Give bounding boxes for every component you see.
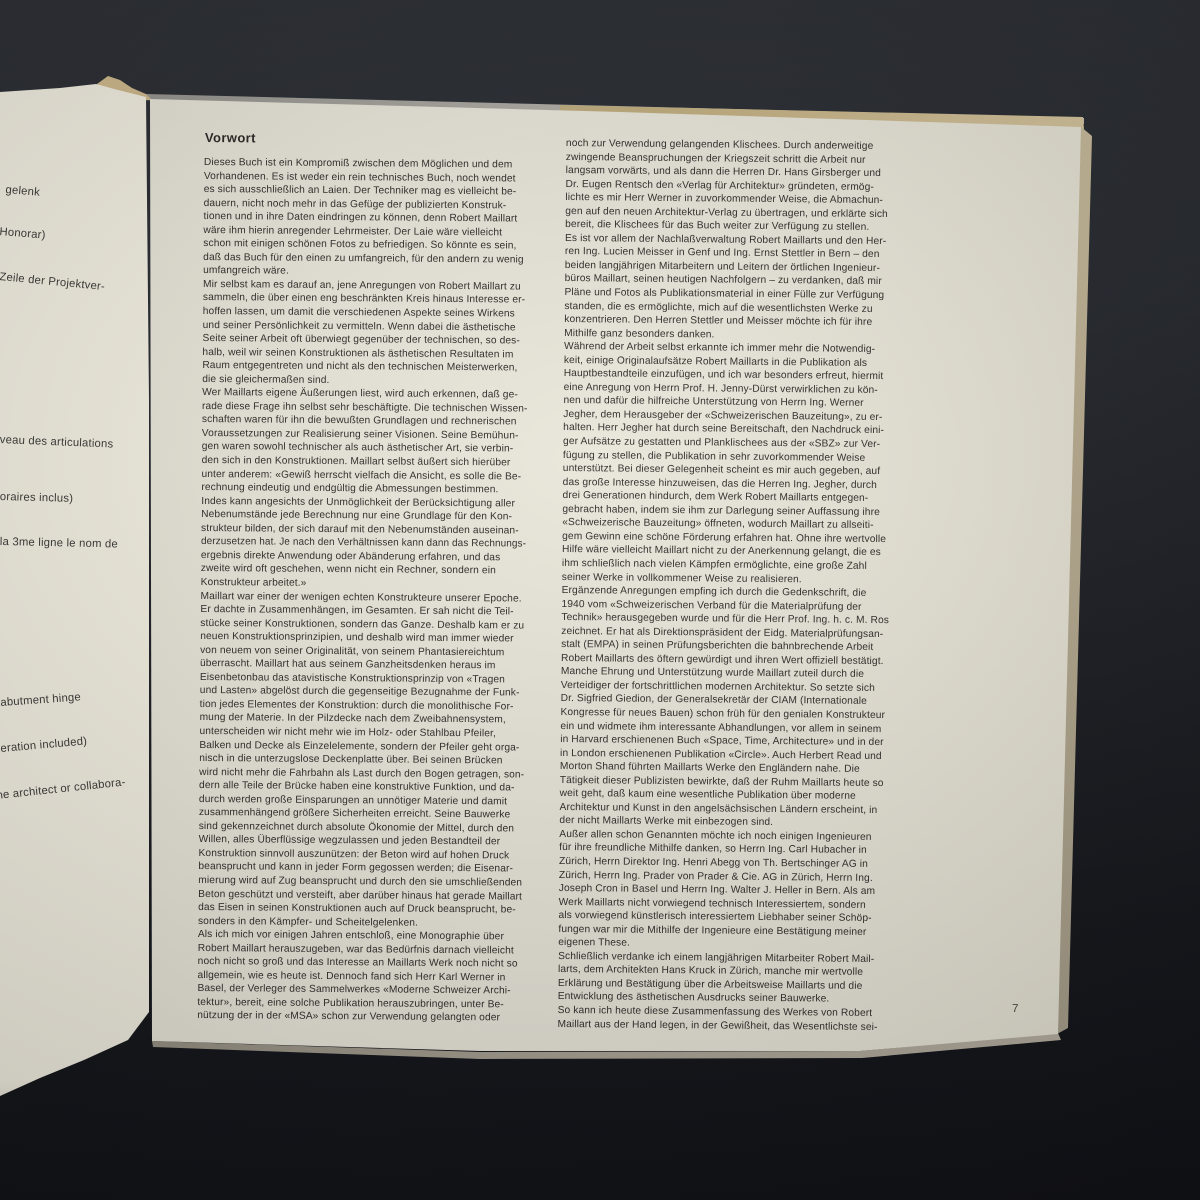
text-line: zweite wird oft geschehen, wenn nicht ei… — [201, 562, 526, 578]
left-page-fragment: oraires inclus) — [0, 491, 73, 505]
text-line: das Eisen in seinen Konstruktionen auch … — [198, 901, 523, 917]
page-title: Vorwort — [205, 130, 256, 145]
text-line: nützung der in der «MSA» schon zur Verwe… — [197, 1009, 522, 1025]
text-line: Raum entgegentreten und nicht als den te… — [202, 359, 527, 375]
page-number: 7 — [1012, 1003, 1019, 1015]
right-text-column: noch zur Verwendung gelangenden Klischee… — [557, 137, 949, 1035]
left-page-fragment: la 3me ligne le nom de — [0, 536, 118, 550]
text-line: daß das Buch für den einen zu umfangreic… — [203, 251, 528, 267]
left-text-column: Dieses Buch ist ein Kompromiß zwischen d… — [197, 156, 529, 1026]
book-photo: gelenk Honorar) Zeile der Projektver- ve… — [0, 0, 1200, 1200]
